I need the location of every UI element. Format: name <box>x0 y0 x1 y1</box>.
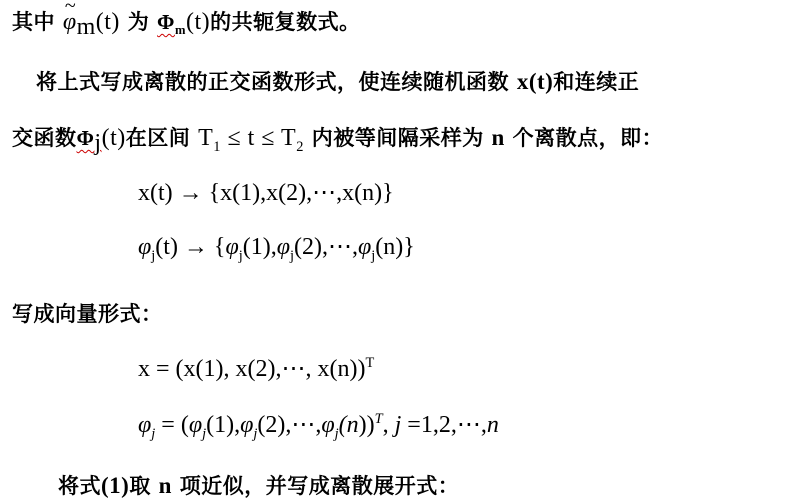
equation-text: x(t) → {x(1),x(2),⋯,x(n)} <box>138 180 394 206</box>
math-n: n <box>159 473 172 498</box>
interval-math: T1 ≤ t ≤ T2 <box>198 125 304 151</box>
text: 交函数 <box>12 126 77 150</box>
text-line-discrete: 将上式写成离散的正交函数形式，使连续随机函数 x(t)和连续正 <box>36 66 639 96</box>
text: 在区间 <box>126 126 191 150</box>
text: 个离散点，即： <box>513 126 664 150</box>
math-n: n <box>492 125 505 150</box>
phi-j-symbol-underlined: Φj <box>77 126 102 150</box>
text-line-conjugate: 其中 φm(t) 为 Φm(t)的共轭复数式。 <box>12 6 361 36</box>
text: 项近似，并写成离散展开式： <box>180 474 460 498</box>
text-line-sampling: 交函数Φj(t)在区间 T1 ≤ t ≤ T2 内被等间隔采样为 n 个离散点，… <box>12 122 663 152</box>
text: 的共轭复数式。 <box>210 10 361 34</box>
math-arg: (t) <box>96 9 120 35</box>
math-arg: (t) <box>186 9 210 35</box>
equation-ref: (1) <box>101 473 129 498</box>
text: 内被等间隔采样为 <box>312 126 484 150</box>
equation-x-vector: x = (x(1), x(2),⋯, x(n))T <box>138 354 374 383</box>
math-xt: x(t) <box>517 69 553 94</box>
subscript: m <box>77 14 96 40</box>
text: 将式 <box>58 474 101 498</box>
text: 取 <box>129 474 151 498</box>
equation-x-discrete: x(t) → {x(1),x(2),⋯,x(n)} <box>138 178 394 207</box>
phi-tilde-symbol: φ <box>63 9 77 36</box>
phi-symbol-underlined: Φm <box>157 10 186 34</box>
text: 写成向量形式： <box>12 302 163 326</box>
math-arg: (t) <box>102 125 126 151</box>
text-line-expansion: 将式(1)取 n 项近似，并写成离散展开式： <box>58 470 459 500</box>
text: 为 <box>128 10 150 34</box>
text: 和连续正 <box>553 70 639 94</box>
text: 将上式写成离散的正交函数形式，使连续随机函数 <box>36 70 509 94</box>
text: 其中 <box>12 10 55 34</box>
equation-phi-vector: φj = (φj(1),φj(2),⋯,φj(n))T, j =1,2,⋯,n <box>138 410 499 439</box>
text-line-vector-form: 写成向量形式： <box>12 298 163 328</box>
equation-phi-discrete: φj(t) → {φj(1),φj(2),⋯,φj(n)} <box>138 232 415 261</box>
